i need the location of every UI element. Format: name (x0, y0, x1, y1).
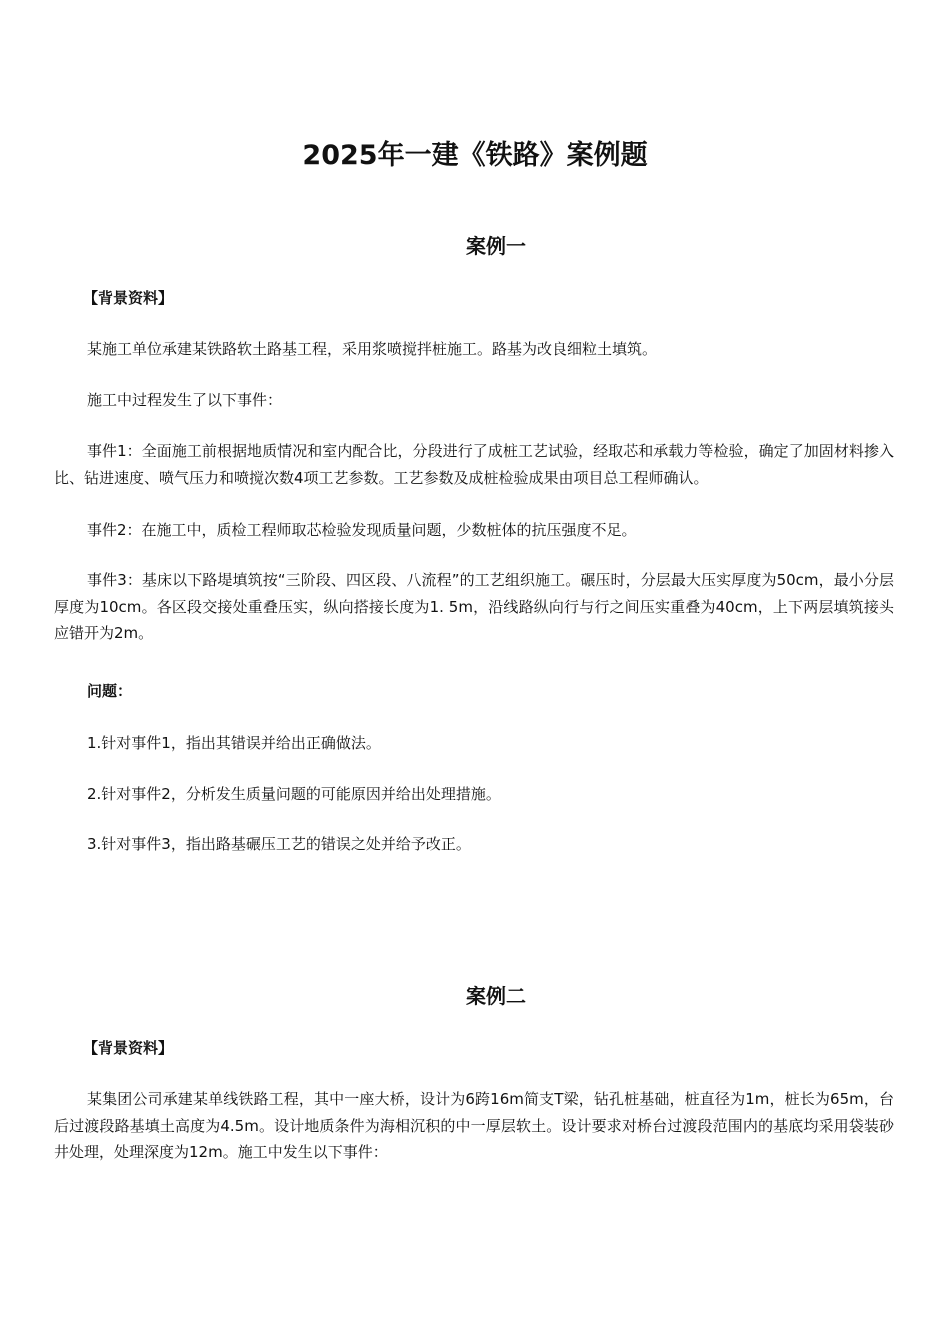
case-one-question-1: 1.针对事件1，指出其错误并给出正确做法。 (87, 732, 381, 754)
case-one-question-2: 2.针对事件2，分析发生质量问题的可能原因并给出处理措施。 (87, 783, 501, 805)
case-one-event-2: 事件2：在施工中，质检工程师取芯检验发现质量问题，少数桩体的抗压强度不足。 (54, 517, 894, 544)
case-one-title: 案例一 (0, 232, 950, 260)
document-page: 2025年一建《铁路》案例题 案例一 【背景资料】 某施工单位承建某铁路软土路基… (0, 0, 950, 1344)
case-one-background-label: 【背景资料】 (83, 287, 173, 309)
case-two-background-paragraph: 某集团公司承建某单线铁路工程，其中一座大桥，设计为6跨16m简支T梁，钻孔桩基础… (54, 1086, 894, 1166)
case-one-event-3: 事件3：基床以下路堤填筑按“三阶段、四区段、八流程”的工艺组织施工。碾压时，分层… (54, 567, 894, 647)
case-two-background-label: 【背景资料】 (83, 1037, 173, 1059)
case-one-event-1: 事件1：全面施工前根据地质情况和室内配合比，分段进行了成桩工艺试验，经取芯和承载… (54, 438, 894, 491)
case-one-question-3: 3.针对事件3，指出路基碾压工艺的错误之处并给予改正。 (87, 833, 471, 855)
case-one-events-intro: 施工中过程发生了以下事件： (54, 387, 894, 414)
document-title: 2025年一建《铁路》案例题 (0, 138, 950, 174)
case-one-intro-paragraph: 某施工单位承建某铁路软土路基工程，采用浆喷搅拌桩施工。路基为改良细粒土填筑。 (54, 336, 894, 363)
case-two-title: 案例二 (0, 982, 950, 1010)
case-one-questions-label: 问题： (87, 680, 132, 702)
